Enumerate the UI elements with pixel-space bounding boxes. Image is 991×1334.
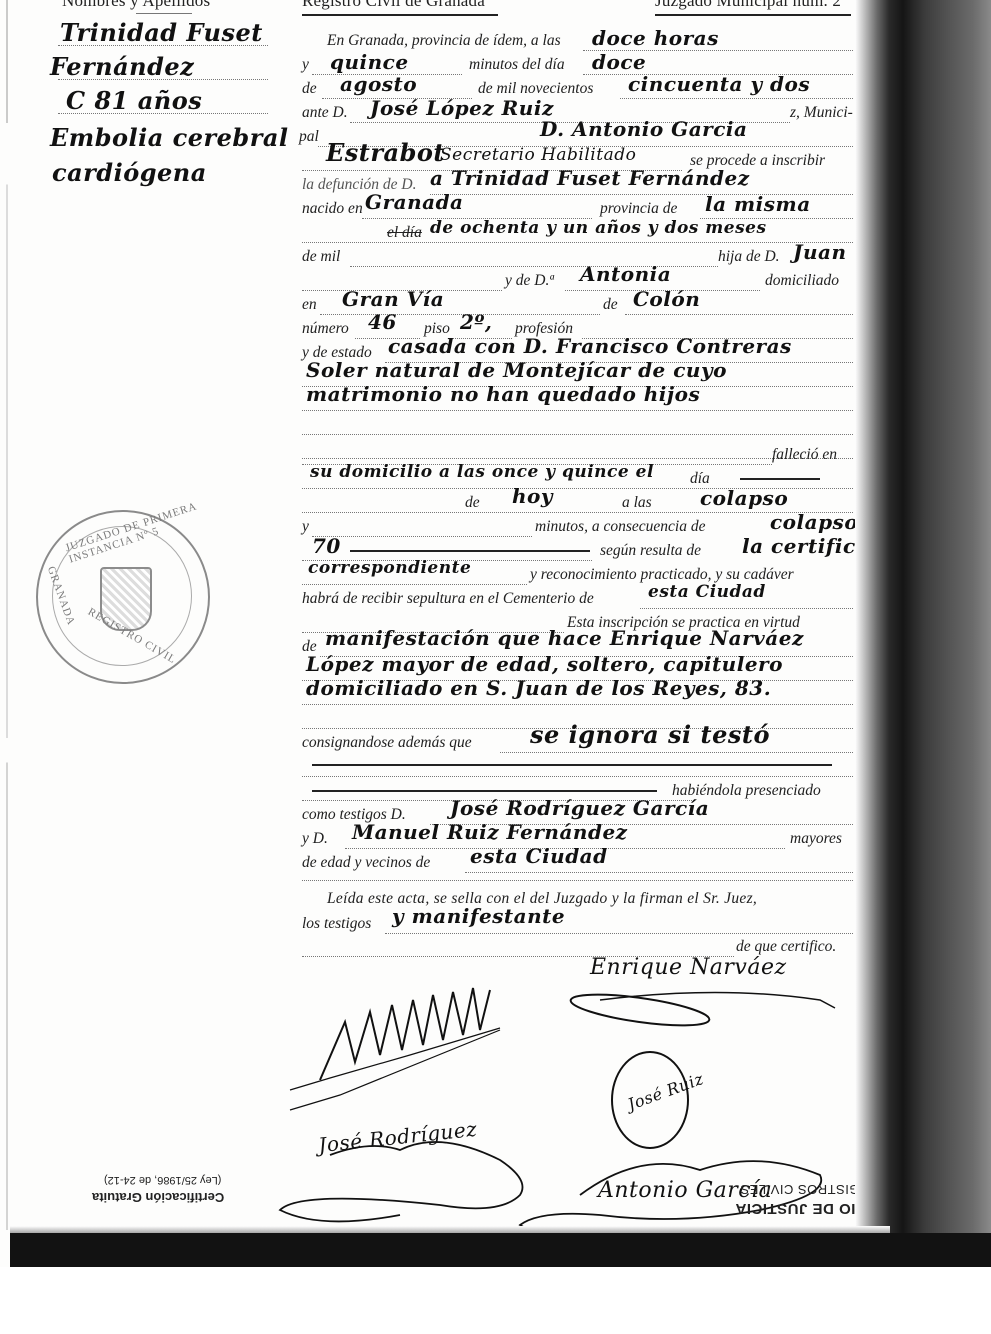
scanner-border	[10, 1233, 991, 1267]
certificate-page: Nombres y Apellidos Registro Civil de Gr…	[0, 0, 991, 1334]
signatures-drawing	[0, 0, 991, 1334]
signature-judge-zigzag	[320, 988, 490, 1080]
book-binding-shadow	[855, 0, 991, 1234]
scan-margin	[0, 1267, 991, 1334]
law-reference: (Ley 25/1986, de 24-12)	[104, 1174, 221, 1186]
certification-free-label: Certificación Gratuita	[92, 1190, 224, 1205]
signature-declarant: Enrique Narváez	[590, 955, 787, 980]
